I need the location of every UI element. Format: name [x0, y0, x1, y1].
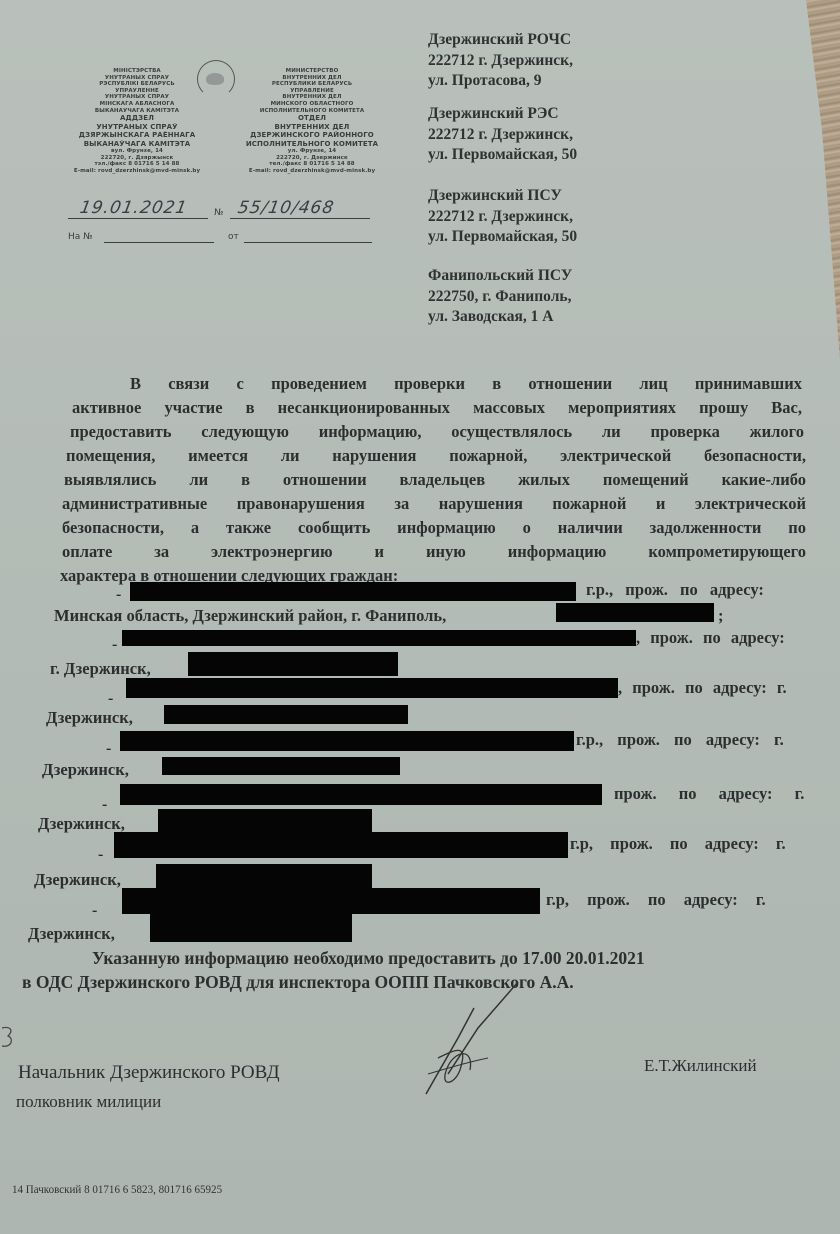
handwritten-mark-icon [0, 1024, 20, 1064]
letterhead-line: УНУТРАНЫХ СПРАЎ [62, 123, 212, 132]
from-line [244, 242, 372, 243]
addressee-city: 222750, г. Фаниполь, [428, 287, 572, 308]
letterhead-line: МІНСКАГА АБЛАСНОГА [62, 101, 212, 108]
redacted-address [158, 809, 372, 832]
addressee-street: ул. Заводская, 1 А [428, 307, 572, 328]
letterhead-line: МИНСКОГО ОБЛАСТНОГО [232, 101, 392, 108]
letterhead-left: МІНІСТЭРСТВА УНУТРАНЫХ СПРАЎ РЭСПУБЛІКІ … [62, 68, 212, 175]
signatory-position: Начальник Дзержинского РОВД [18, 1062, 280, 1084]
letterhead-line: ИСПОЛНИТЕЛЬНОГО КОМИТЕТА [232, 108, 392, 115]
addressee: Дзержинский ПСУ 222712 г. Дзержинск, ул.… [428, 186, 577, 248]
redacted-name [122, 630, 636, 646]
addressee-street: ул. Первомайская, 50 [428, 227, 577, 248]
date-line [68, 218, 208, 219]
body-text-line: безопасности, а также сообщить информаци… [62, 518, 806, 538]
from-label: от [228, 232, 239, 242]
letterhead-right: МИНИСТЕРСТВО ВНУТРЕННИХ ДЕЛ РЕСПУБЛИКИ Б… [232, 68, 392, 175]
letterhead-line: АДДЗЕЛ [62, 114, 212, 123]
addressee: Дзержинский РЭС 222712 г. Дзержинск, ул.… [428, 104, 577, 166]
redacted-name [130, 582, 576, 601]
signatory-rank: полковник милиции [16, 1092, 161, 1112]
person-tail: г.р, прож. по адресу: г. [546, 890, 766, 910]
list-dash: - [98, 846, 103, 864]
person-tail: , прож. по адресу: [636, 628, 785, 648]
letterhead-line: УНУТРАНЫХ СПРАЎ [62, 75, 212, 82]
letterhead-line: УНУТРАНЫХ СПРАЎ [62, 94, 212, 101]
letterhead-line: ВНУТРЕННИХ ДЕЛ [232, 94, 392, 101]
redacted-address [188, 652, 398, 676]
document-date: 19.01.2021 [78, 198, 189, 218]
addressee-city: 222712 г. Дзержинск, [428, 207, 577, 228]
body-text-line: активное участие в несанкционированных м… [72, 398, 802, 418]
letterhead-line: ИСПОЛНИТЕЛЬНОГО КОМИТЕТА [232, 140, 392, 149]
list-dash: - [102, 796, 107, 814]
letterhead-line: E-mail: rovd_dzerzhinsk@mvd-minsk.by [232, 168, 392, 175]
person-address: Минская область, Дзержинский район, г. Ф… [54, 606, 446, 626]
letterhead-line: ВНУТРЕННИХ ДЕЛ [232, 75, 392, 82]
letterhead-line: УПРАВЛЕНИЕ [232, 88, 392, 95]
addressee-name: Фанипольский ПСУ [428, 266, 572, 287]
addressee-city: 222712 г. Дзержинск, [428, 51, 573, 72]
person-tail: г.р., прож. по адресу: г. [576, 730, 784, 750]
deadline-text: Указанную информацию необходимо предоста… [92, 948, 645, 969]
letterhead-line: РЕСПУБЛИКИ БЕЛАРУСЬ [232, 81, 392, 88]
redacted-name [120, 731, 574, 751]
list-dash: - [116, 586, 121, 604]
addressee-name: Дзержинский РОЧС [428, 30, 573, 51]
redacted-address [162, 757, 400, 775]
letterhead-line: 222720, г. Дзяржынск [62, 155, 212, 162]
person-tail: прож. по адресу: г. [614, 784, 804, 804]
person-address: Дзержинск, [42, 760, 129, 780]
executor-contact: 14 Пачковский 8 01716 6 5823, 801716 659… [12, 1182, 222, 1197]
letterhead-line: УПРАЎЛЕННЕ [62, 88, 212, 95]
addressee: Дзержинский РОЧС 222712 г. Дзержинск, ул… [428, 30, 573, 92]
signatory-name: Е.Т.Жилинский [644, 1056, 757, 1076]
person-address: г. Дзержинск, [50, 659, 151, 679]
number-label: № [214, 208, 223, 218]
addressee-city: 222712 г. Дзержинск, [428, 125, 577, 146]
reply-to-line [104, 242, 214, 243]
list-dash: - [92, 902, 97, 920]
reply-to-label: На № [68, 232, 93, 242]
addressee: Фанипольский ПСУ 222750, г. Фаниполь, ул… [428, 266, 572, 328]
letterhead-line: вул. Фрунзе, 14 [62, 148, 212, 155]
list-dash: - [112, 636, 117, 654]
person-address: Дзержинск, [28, 924, 115, 944]
redacted-name [122, 888, 540, 914]
body-text-line: административные правонарушения за наруш… [62, 494, 806, 514]
person-tail: , прож. по адресу: г. [618, 678, 787, 698]
letterhead-line: ВНУТРЕННИХ ДЕЛ [232, 123, 392, 132]
body-text-line: В связи с проведением проверки в отношен… [130, 374, 802, 394]
letterhead-line: РЭСПУБЛІКІ БЕЛАРУСЬ [62, 81, 212, 88]
letterhead-line: ул. Фрунзе, 14 [232, 148, 392, 155]
document-number: 55/10/468 [236, 198, 336, 218]
letterhead-line: E-mail: rovd_dzerzhinsk@mvd-minsk.by [62, 168, 212, 175]
person-tail: г.р., прож. по адресу: [586, 580, 764, 600]
redacted-address [164, 705, 408, 724]
addressee-street: ул. Первомайская, 50 [428, 145, 577, 166]
letterhead-line: МІНІСТЭРСТВА [62, 68, 212, 75]
body-text-line: оплате за электроэнергию и иную информац… [62, 542, 806, 562]
redacted-address [156, 864, 372, 888]
signature-icon [418, 978, 528, 1098]
person-address: Дзержинск, [38, 814, 125, 834]
body-text-line: помещения, имеется ли нарушения пожарной… [66, 446, 806, 466]
addressee-street: ул. Протасова, 9 [428, 71, 573, 92]
redacted-address [556, 603, 714, 622]
letterhead-line: ДЗЯРЖЫНСКАГА РАЁННАГА [62, 131, 212, 140]
letterhead-line: ВЫКАНАЎЧАГА КАМІТЭТА [62, 140, 212, 149]
letterhead-line: ОТДЕЛ [232, 114, 392, 123]
letterhead-line: МИНИСТЕРСТВО [232, 68, 392, 75]
number-line [230, 218, 370, 219]
redacted-name [120, 784, 602, 805]
body-text-line: предоставить следующую информацию, осуще… [70, 422, 804, 442]
letterhead-line: тэл./факс 8 01716 5 14 88 [62, 161, 212, 168]
list-dash: - [106, 740, 111, 758]
state-emblem-icon [197, 60, 235, 98]
person-address: Дзержинск, [46, 708, 133, 728]
letterhead-line: 222720, г. Дзержинск [232, 155, 392, 162]
list-dash: - [108, 690, 113, 708]
person-address: Дзержинск, [34, 870, 121, 890]
addressee-name: Дзержинский РЭС [428, 104, 577, 125]
document-page: МІНІСТЭРСТВА УНУТРАНЫХ СПРАЎ РЭСПУБЛІКІ … [0, 0, 840, 1234]
redacted-name [114, 832, 568, 858]
redacted-address [150, 914, 352, 942]
addressee-name: Дзержинский ПСУ [428, 186, 577, 207]
person-address-end: ; [718, 606, 724, 626]
letterhead-line: ВЫКАНАЎЧАГА КАМІТЭТА [62, 108, 212, 115]
body-text-line: выявлялись ли в отношении владельцев жил… [64, 470, 806, 490]
letterhead-line: тел./факс 8 01716 5 14 88 [232, 161, 392, 168]
letterhead-line: ДЗЕРЖИНСКОГО РАЙОННОГО [232, 131, 392, 140]
redacted-name [126, 678, 618, 698]
person-tail: г.р, прож. по адресу: г. [570, 834, 786, 854]
